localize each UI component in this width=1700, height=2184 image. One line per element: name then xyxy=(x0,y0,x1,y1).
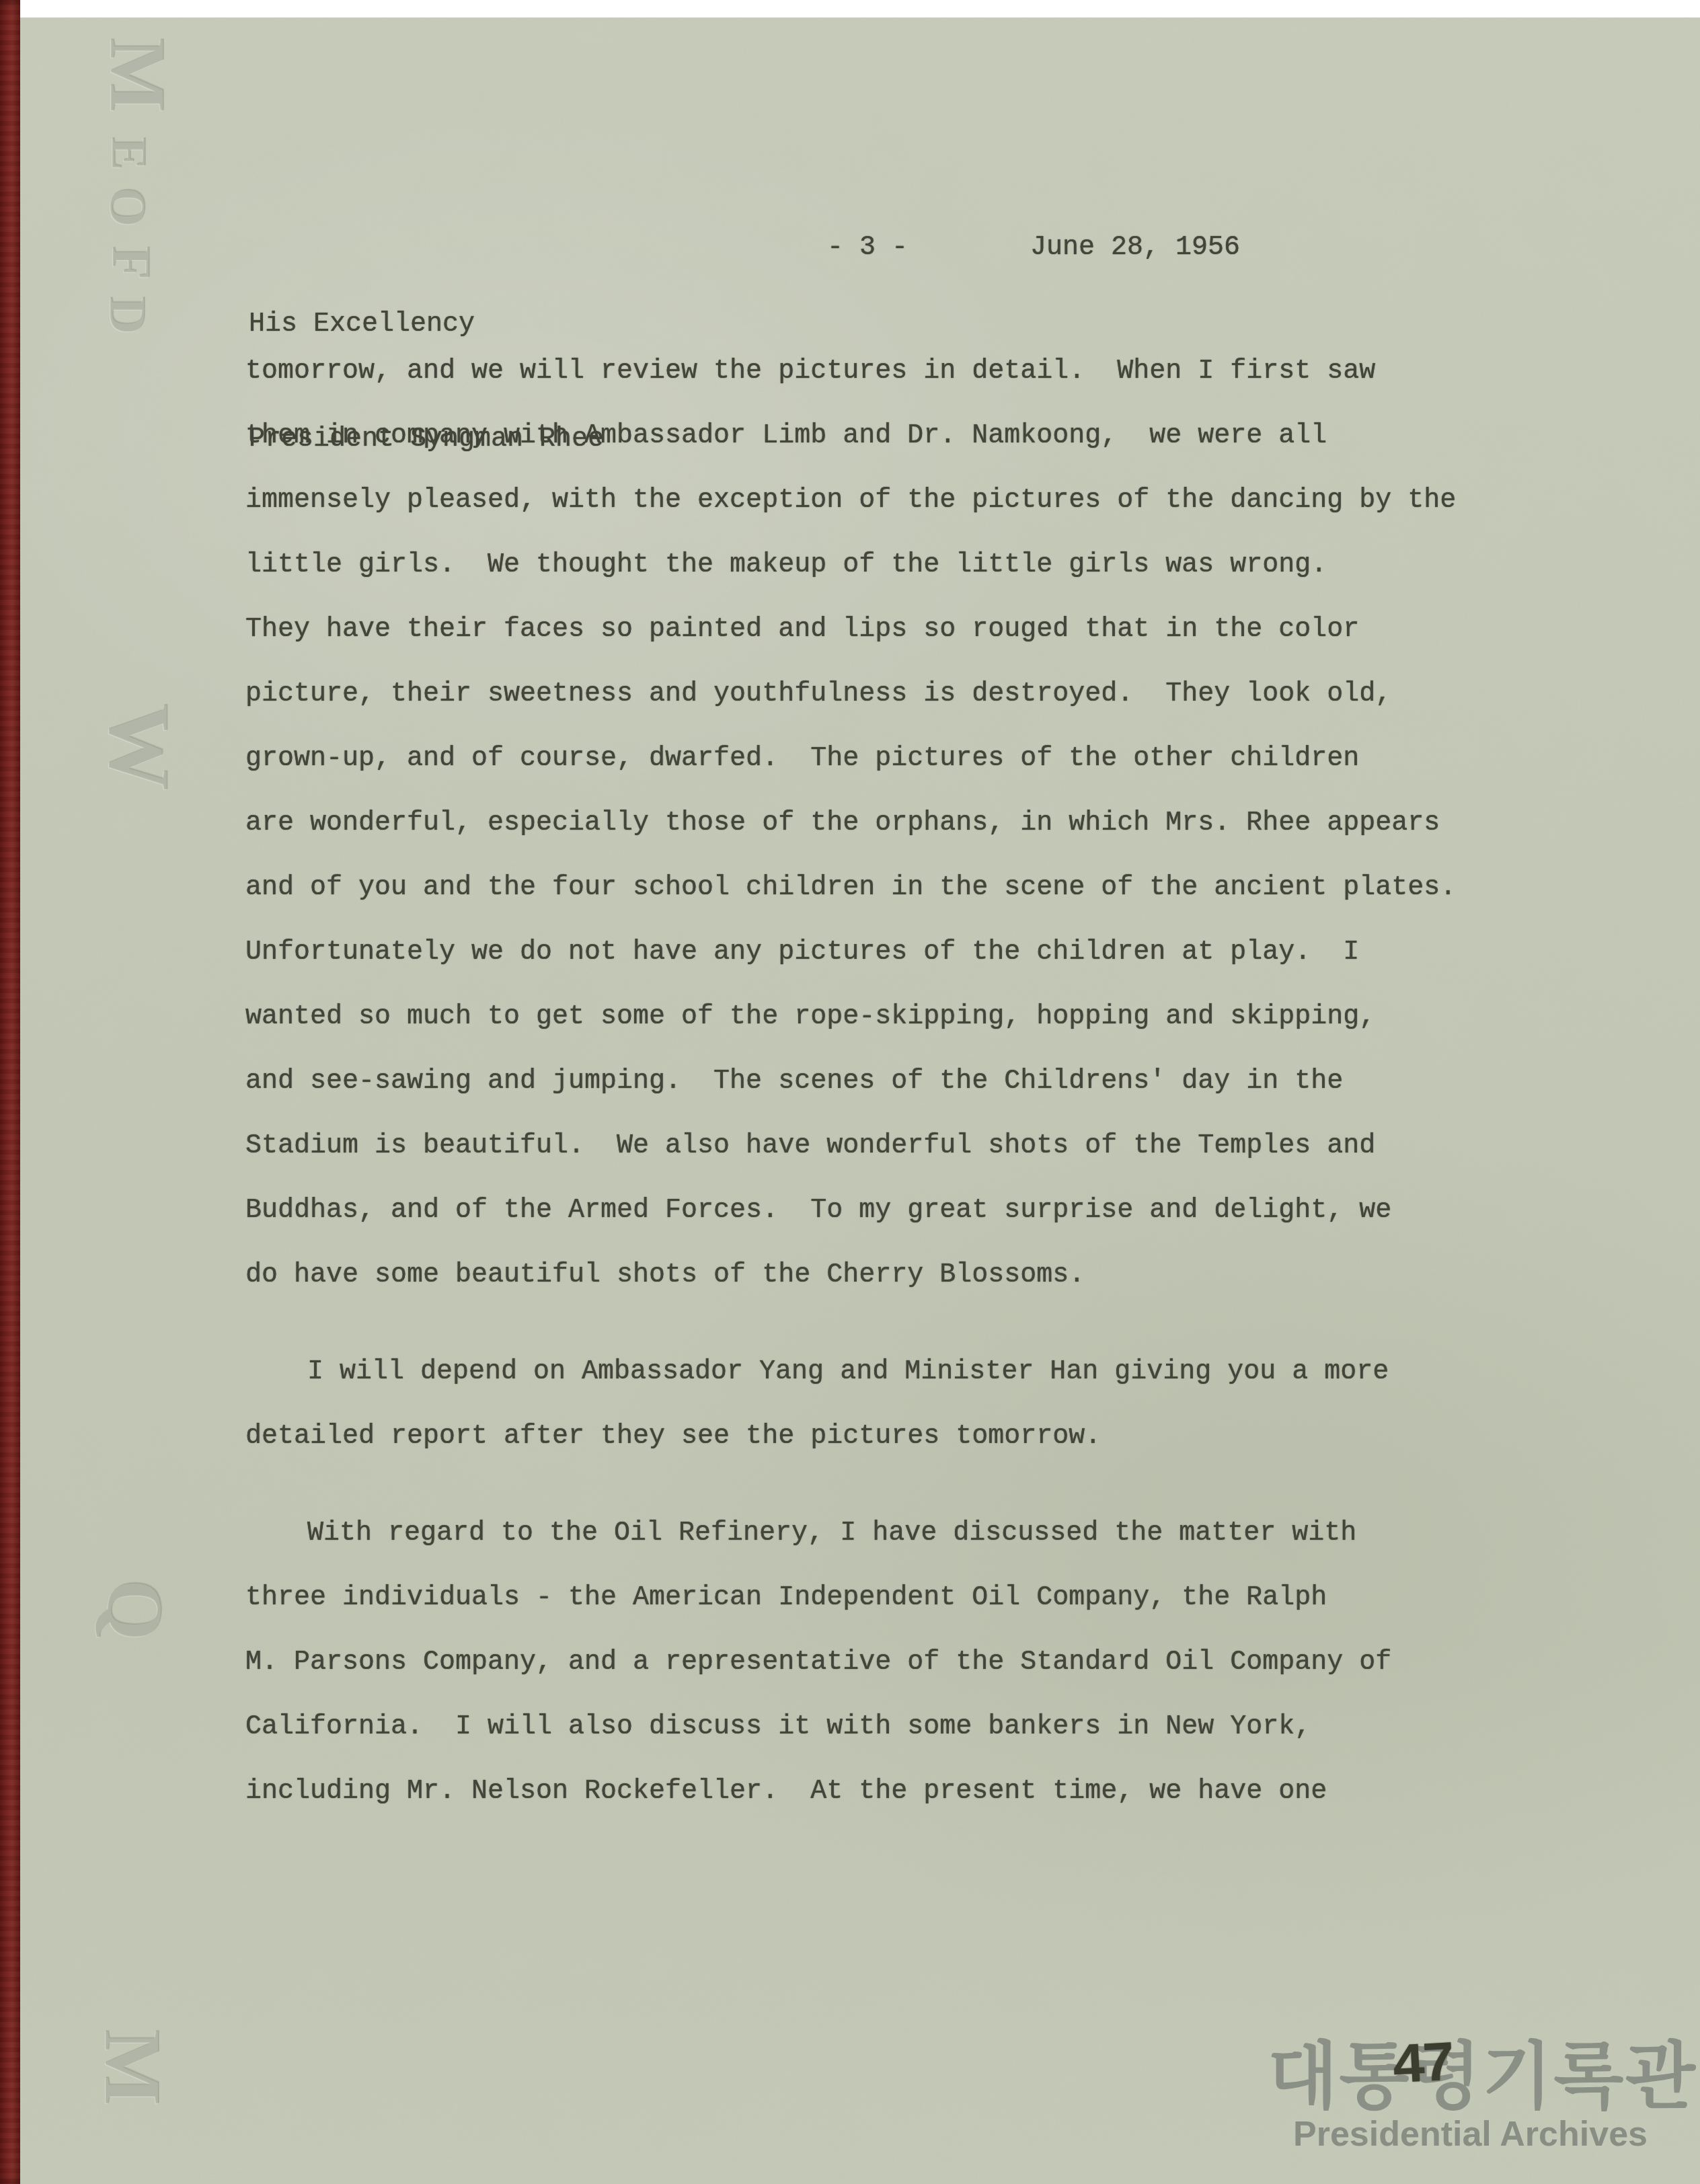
scanned-letter-page: { "letter": { "header": { "addressee_lin… xyxy=(0,0,1700,2184)
typed-line: Stadium is beautiful. We also have wonde… xyxy=(245,1114,1590,1179)
paper-sheet: MEOFDWQM His Excellency President Syngma… xyxy=(20,17,1700,2184)
typed-line: With regard to the Oil Refinery, I have … xyxy=(245,1501,1590,1566)
archive-watermark-english: Presidential Archives xyxy=(1293,2114,1700,2154)
typed-line: and see-sawing and jumping. The scenes o… xyxy=(245,1050,1590,1114)
typed-line: little girls. We thought the makeup of t… xyxy=(245,533,1590,598)
emboss-letter: F xyxy=(100,246,163,280)
emboss-letter: O xyxy=(98,187,157,227)
typed-line: and of you and the four school children … xyxy=(245,856,1590,921)
typed-line: three individuals - the American Indepen… xyxy=(245,1566,1590,1631)
typed-line: including Mr. Nelson Rockefeller. At the… xyxy=(245,1760,1590,1824)
typed-line: Buddhas, and of the Armed Forces. To my … xyxy=(245,1179,1590,1243)
emboss-letter: M xyxy=(86,2029,179,2105)
typed-line: M. Parsons Company, and a representative… xyxy=(245,1631,1590,1695)
typed-line: Unfortunately we do not have any picture… xyxy=(245,921,1590,985)
typed-line: I will depend on Ambassador Yang and Min… xyxy=(245,1340,1590,1405)
page-number: - 3 - xyxy=(827,229,908,267)
typed-line: wanted so much to get some of the rope-s… xyxy=(245,985,1590,1050)
typed-line: do have some beautiful shots of the Cher… xyxy=(245,1243,1590,1308)
emboss-letter: W xyxy=(89,703,190,791)
paragraph: With regard to the Oil Refinery, I have … xyxy=(245,1501,1590,1824)
page-stamp-number: 47 xyxy=(1391,2033,1454,2101)
typed-line: picture, their sweetness and youthfulnes… xyxy=(245,662,1590,727)
emboss-letter: D xyxy=(98,297,158,334)
paragraph: I will depend on Ambassador Yang and Min… xyxy=(245,1340,1590,1469)
typed-line: They have their faces so painted and lip… xyxy=(245,598,1590,662)
red-binding-edge xyxy=(0,0,20,2184)
typed-line: tomorrow, and we will review the picture… xyxy=(245,340,1590,404)
addressee-line1: His Excellency xyxy=(249,305,604,344)
emboss-letter: E xyxy=(100,137,157,170)
typed-line: immensely pleased, with the exception of… xyxy=(245,469,1590,533)
emboss-letter: Q xyxy=(89,1579,180,1641)
typed-line: detailed report after they see the pictu… xyxy=(245,1405,1590,1469)
typed-line: them in company with Ambassador Limb and… xyxy=(245,404,1590,469)
archive-watermark-korean: 대통령기록관 xyxy=(1268,2018,1700,2122)
typed-line: grown-up, and of course, dwarfed. The pi… xyxy=(245,727,1590,791)
letter-date: June 28, 1956 xyxy=(1030,229,1240,267)
paragraph: tomorrow, and we will review the picture… xyxy=(245,340,1590,1308)
emboss-letter: M xyxy=(91,38,183,112)
typed-line: California. I will also discuss it with … xyxy=(245,1695,1590,1760)
letter-body: tomorrow, and we will review the picture… xyxy=(245,340,1590,1824)
typed-line: are wonderful, especially those of the o… xyxy=(245,791,1590,856)
